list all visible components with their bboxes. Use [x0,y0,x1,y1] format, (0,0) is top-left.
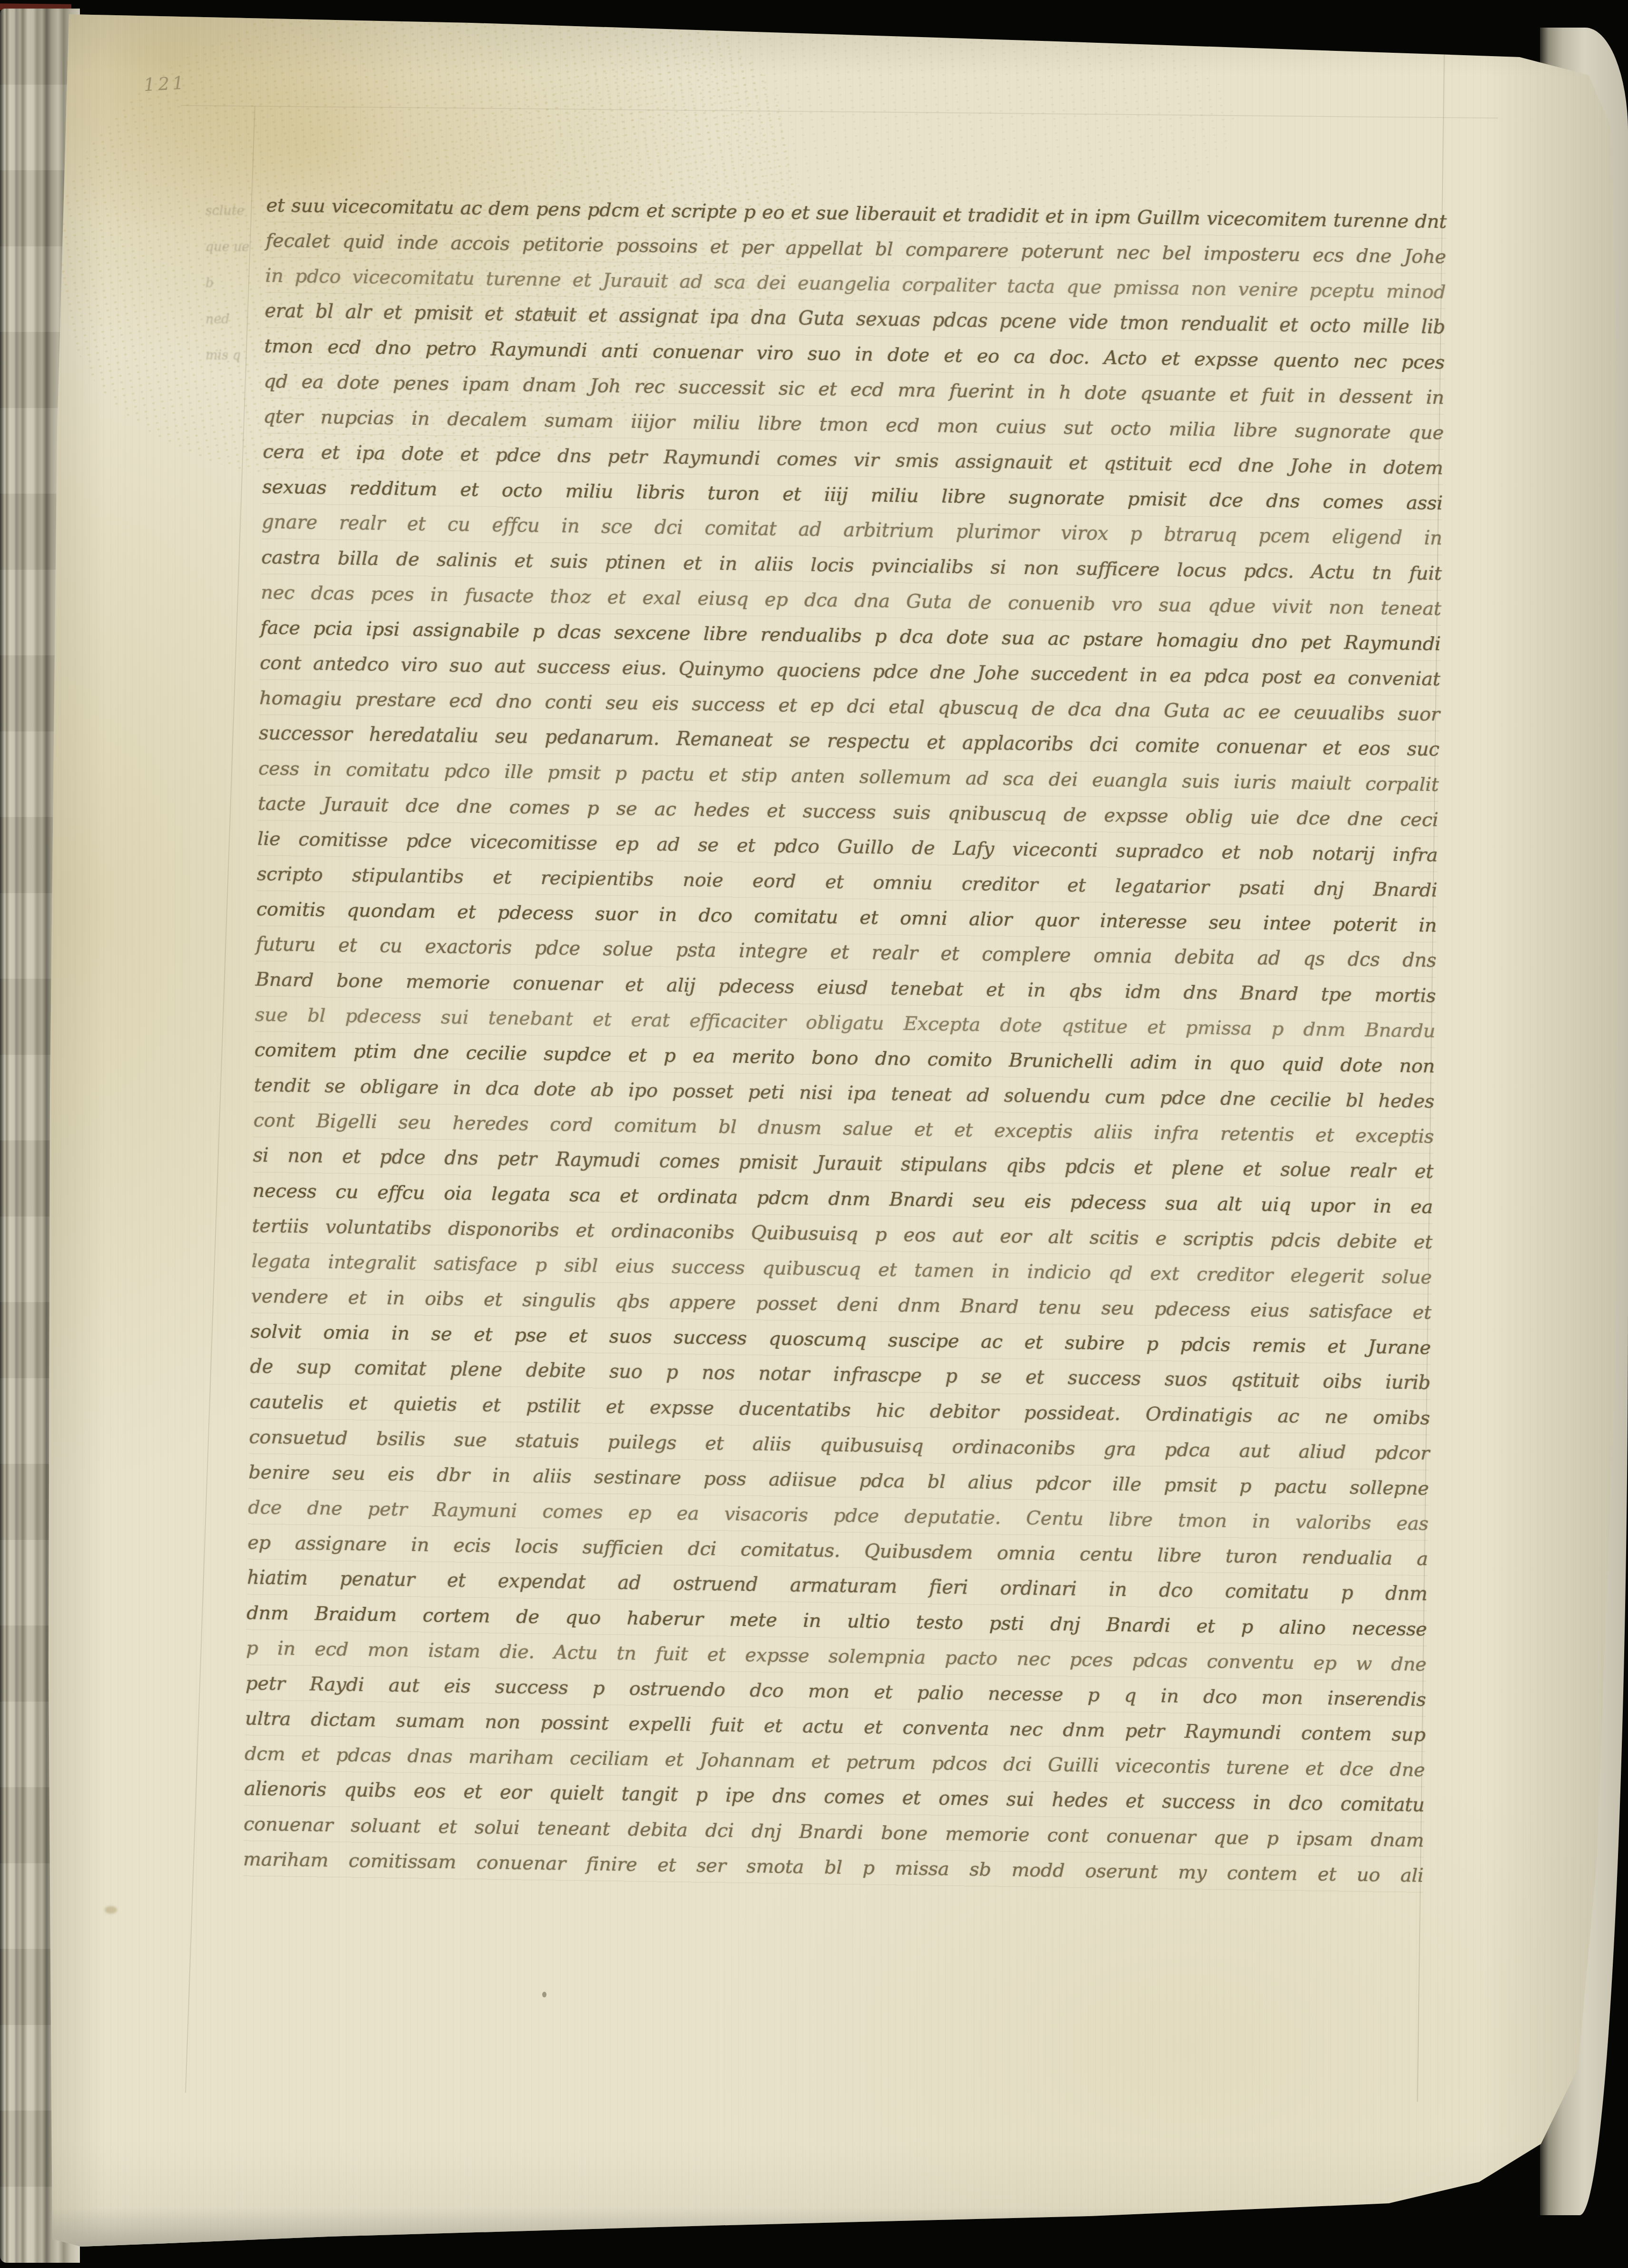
margin-note: ned [205,312,267,348]
margin-note: que ue [205,240,267,276]
page-bottom-edge [43,2208,1627,2257]
margin-note: b [205,276,267,312]
parchment-stain [105,1906,117,1914]
margin-note: mis q [205,348,267,384]
margin-note: sclute [205,204,267,240]
text-block: et suu vicecomitatu ac dem pens pdcm et … [243,195,1447,1900]
manuscript-page: 121 scluteque uebnedmis q et suu vicecom… [43,4,1627,2264]
ink-speck [547,313,554,317]
margin-notes: scluteque uebnedmis q [205,204,267,384]
folio-number: 121 [143,72,187,96]
photograph-background: 121 scluteque uebnedmis q et suu vicecom… [0,0,1628,2268]
ink-speck [542,1992,546,1997]
